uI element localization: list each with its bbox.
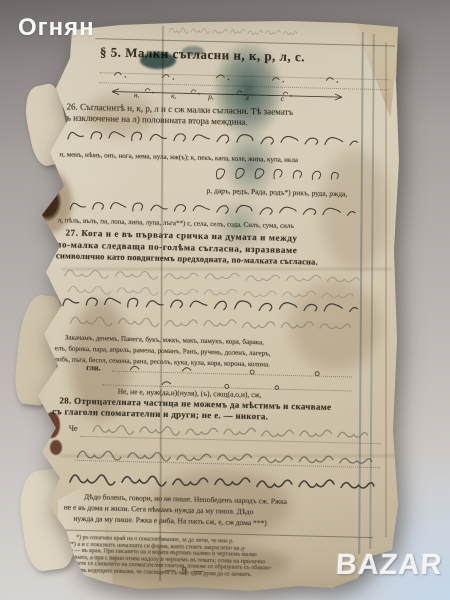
gli-label: гли.: [86, 363, 101, 372]
page-number: — 9 —: [165, 565, 205, 577]
seller-watermark: Огнян: [18, 14, 95, 42]
consonant-label: н,: [134, 91, 139, 99]
consonant-label: к,: [171, 92, 176, 100]
consonant-label: с: [281, 95, 284, 103]
consonant-label: л: [246, 94, 249, 102]
bazar-logo: BAZAR: [335, 549, 444, 582]
shorthand-ink-row: [64, 125, 364, 152]
examples-n-line: н, менъ, нѣмъ, онъ, нога, нема, нула, нж…: [59, 150, 298, 164]
page-content: § 5. Малки съгласни н, к, р, л, с. н, к,…: [47, 19, 406, 593]
paper-surface: § 5. Малки съгласни н, к, р, л, с. н, к,…: [0, 0, 450, 600]
che-label: Че: [69, 424, 78, 433]
pencil-scribble: [168, 24, 298, 40]
photo-of-book-page: § 5. Малки съгласни н, к, р, л, с. н, к,…: [0, 0, 450, 600]
consonant-label: р,: [208, 93, 213, 101]
examples-r-line: р, даръ, редъ, Рада, родъ*) рикъ, руда, …: [206, 186, 347, 198]
section-header: § 5. Малки съгласни н, к, р, л, с.: [100, 44, 305, 65]
shorthand-ink-row: [212, 165, 342, 186]
sentence-line: нужда да му пише. Ржка е риба. На пжть с…: [73, 514, 266, 528]
book-page: § 5. Малки съгласни н, к, р, л, с. н, к,…: [0, 0, 450, 600]
